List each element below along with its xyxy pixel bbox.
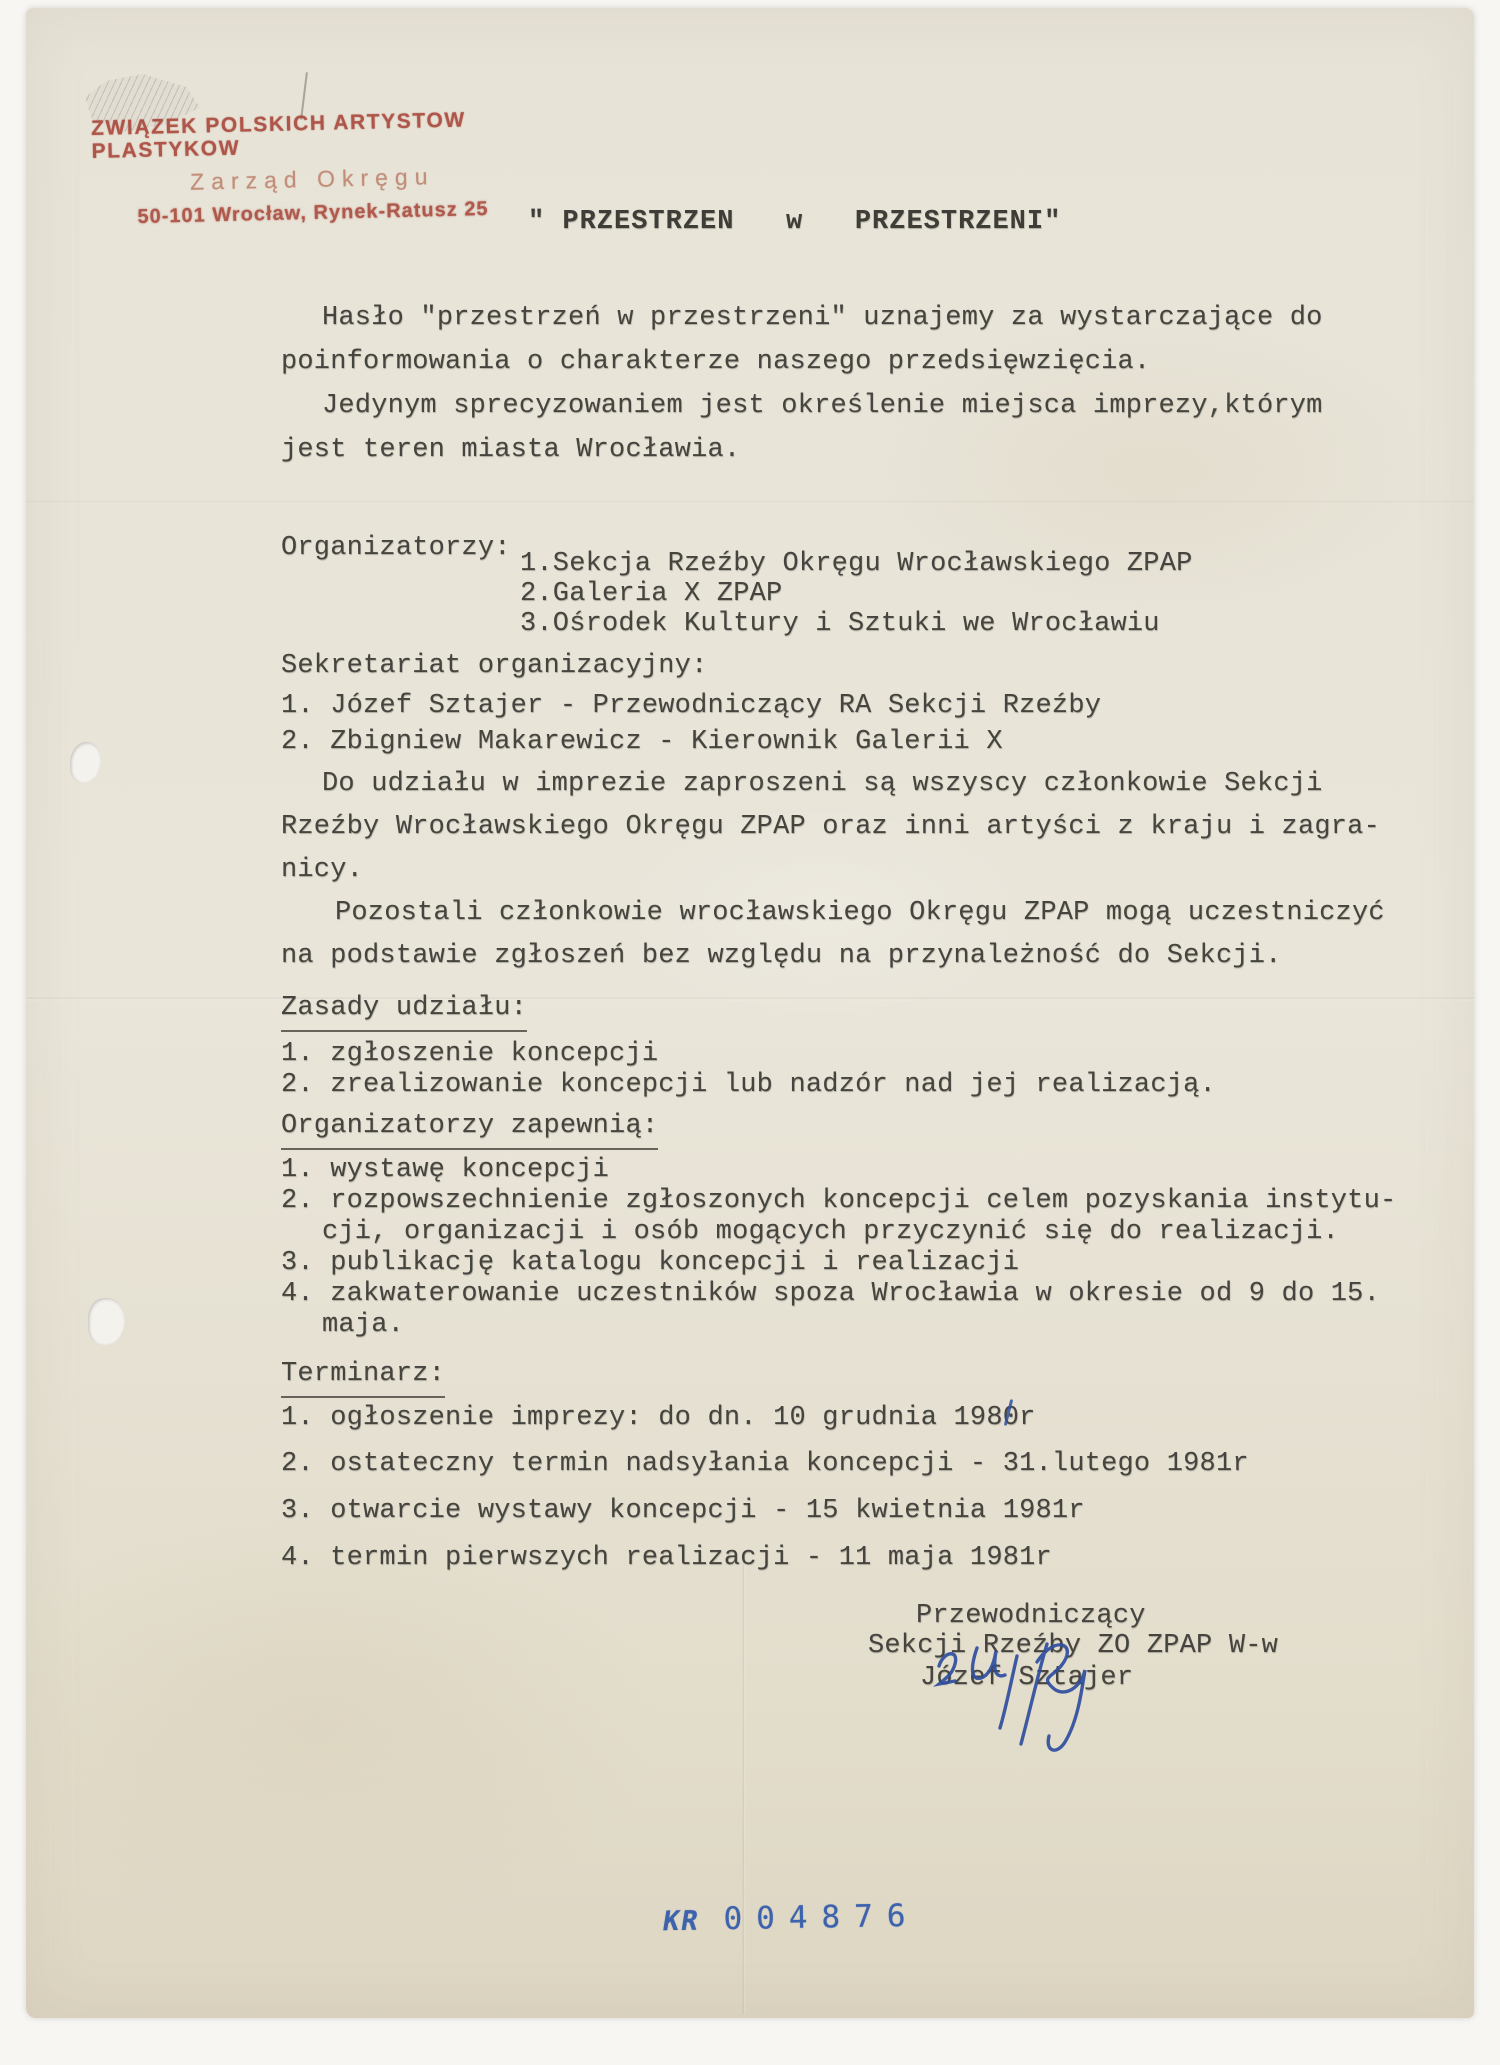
typed-line: Do udziału w imprezie zaproszeni są wszy… (322, 768, 1323, 802)
paper-crease (26, 500, 1474, 503)
rules-item: 2. zrealizowanie koncepcji lub nadzór na… (281, 1069, 1216, 1103)
kr-prefix: KR (661, 1906, 702, 1938)
secretariat-item: 2. Zbigniew Makarewicz - Kierownik Galer… (281, 726, 1003, 760)
organizers-label: Organizatorzy: (281, 532, 511, 566)
schedule-item: 4. termin pierwszych realizacji - 11 maj… (281, 1542, 1052, 1576)
provide-item: 2. rozpowszechnienie zgłoszonych koncepc… (281, 1185, 1396, 1219)
typed-line: jest teren miasta Wrocławia. (281, 434, 740, 468)
section-heading-rules: Zasady udziału: (281, 992, 527, 1032)
document-title: " PRZESTRZEN w PRZESTRZENI" (528, 206, 1061, 240)
stamp-org-unit: Zarząd Okręgu (92, 163, 532, 196)
registration-number-stamp: KR004876 (663, 1898, 920, 1938)
schedule-item: 3. otwarcie wystawy koncepcji - 15 kwiet… (281, 1495, 1085, 1529)
schedule-item: 2. ostateczny termin nadsyłania koncepcj… (281, 1448, 1249, 1482)
organizer-item: 2.Galeria X ZPAP (520, 578, 782, 612)
secretariat-label: Sekretariat organizacyjny: (281, 650, 707, 684)
organization-stamp: ZWIĄZEK POLSKICH ARTYSTOW PLASTYKOW Zarz… (91, 107, 533, 228)
kr-number: 004876 (723, 1898, 920, 1937)
typed-line: Hasło "przestrzeń w przestrzeni" uznajem… (322, 302, 1323, 336)
provide-item-continuation: cji, organizacji i osób mogących przyczy… (322, 1216, 1339, 1250)
rules-item: 1. zgłoszenie koncepcji (281, 1038, 658, 1072)
stamp-org-name: ZWIĄZEK POLSKICH ARTYSTOW PLASTYKOW (91, 107, 532, 163)
section-heading-provide: Organizatorzy zapewnią: (281, 1110, 658, 1150)
organizer-item: 1.Sekcja Rzeźby Okręgu Wrocławskiego ZPA… (520, 548, 1193, 582)
schedule-item: 1. ogłoszenie imprezy: do dn. 10 grudnia… (281, 1402, 1036, 1436)
typed-line: Pozostali członkowie wrocławskiego Okręg… (335, 897, 1385, 931)
typed-line: Rzeźby Wrocławskiego Okręgu ZPAP oraz in… (281, 811, 1380, 845)
provide-item: 3. publikację katalogu koncepcji i reali… (281, 1247, 1019, 1281)
typed-line: nicy. (281, 854, 363, 888)
paper-crease (26, 997, 1474, 1001)
handwritten-signature (925, 1622, 1155, 1772)
typed-line: Jedynym sprecyzowaniem jest określenie m… (322, 390, 1323, 424)
paper-crease (742, 1552, 746, 2014)
secretariat-item: 1. Józef Sztajer - Przewodniczący RA Sek… (281, 690, 1101, 724)
section-heading-schedule: Terminarz: (281, 1358, 445, 1398)
provide-item-continuation: maja. (322, 1309, 404, 1343)
organizer-item: 3.Ośrodek Kultury i Sztuki we Wrocławiu (520, 608, 1160, 642)
provide-item: 1. wystawę koncepcji (281, 1154, 609, 1188)
provide-item: 4. zakwaterowanie uczestników spoza Wroc… (281, 1278, 1380, 1312)
typed-line: na podstawie zgłoszeń bez względu na prz… (281, 940, 1282, 974)
scanned-document: ZWIĄZEK POLSKICH ARTYSTOW PLASTYKOW Zarz… (0, 0, 1500, 2065)
typed-line: poinformowania o charakterze naszego prz… (281, 346, 1150, 380)
